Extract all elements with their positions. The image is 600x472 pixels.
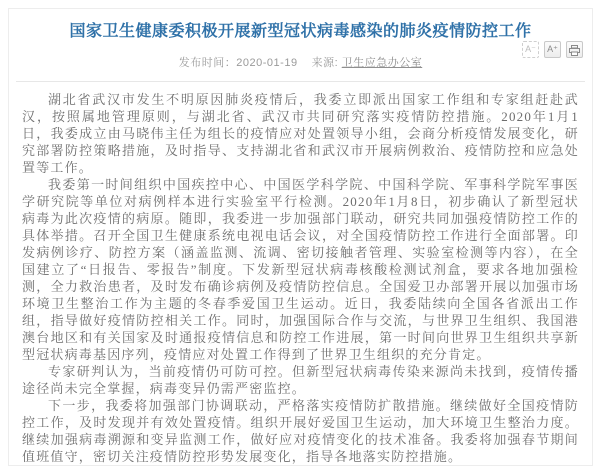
font-decrease-button[interactable]: A⁻: [522, 41, 539, 58]
publish-date: 2020-01-19: [236, 57, 297, 69]
source-label: 来源:: [312, 57, 339, 69]
page-title: 国家卫生健康委积极开展新型冠状病毒感染的肺炎疫情防控工作: [9, 18, 592, 41]
article-paragraph: 下一步，我委将加强部门协调联动，严格落实疫情防扩散措施。继续做好全国疫情防控工作…: [22, 397, 579, 465]
header-divider: [16, 81, 585, 82]
article-body: 湖北省武汉市发生不明原因肺炎疫情后，我委立即派出国家工作组和专家组赶赴武汉，按照…: [9, 82, 592, 465]
publish-time-label: 发布时间：: [179, 57, 237, 69]
print-button[interactable]: [566, 41, 583, 58]
article-page-frame: 国家卫生健康委积极开展新型冠状病毒感染的肺炎疫情防控工作 发布时间：2020-0…: [8, 8, 593, 466]
source-link[interactable]: 卫生应急办公室: [342, 57, 423, 69]
article-paragraph: 我委第一时间组织中国疾控中心、中国医学科学院、中国科学院、军事科学院军事医学研究…: [22, 176, 579, 363]
font-increase-button[interactable]: A⁺: [544, 41, 561, 58]
article-meta: 发布时间：2020-01-19来源: 卫生应急办公室: [9, 54, 592, 70]
article-header: 国家卫生健康委积极开展新型冠状病毒感染的肺炎疫情防控工作 发布时间：2020-0…: [9, 9, 592, 82]
printer-icon: [567, 45, 582, 56]
font-toolbar: A⁻ A⁺: [522, 41, 583, 58]
article-paragraph: 专家研判认为，当前疫情仍可防可控。但新型冠状病毒传染来源尚未找到，疫情传播途径尚…: [22, 363, 579, 397]
article-paragraph: 湖北省武汉市发生不明原因肺炎疫情后，我委立即派出国家工作组和专家组赶赴武汉，按照…: [22, 91, 579, 176]
